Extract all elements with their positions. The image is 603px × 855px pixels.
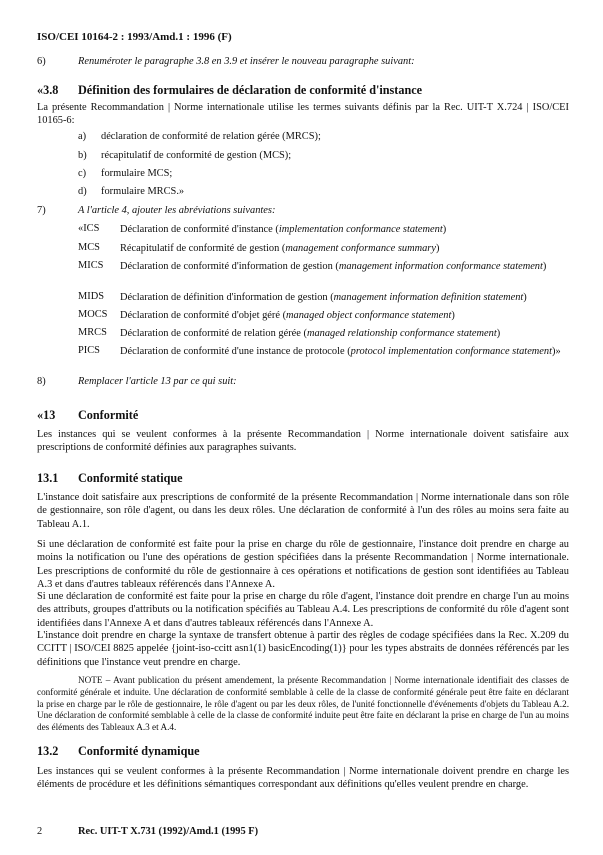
list-marker: a) — [78, 131, 86, 142]
abbreviation-key: «ICS — [78, 223, 99, 234]
running-footer: Rec. UIT-T X.731 (1992)/Amd.1 (1995 F) — [78, 826, 258, 837]
section-number: 13.2 — [37, 744, 58, 759]
paragraph: Si une déclaration de conformité est fai… — [37, 590, 569, 630]
list-item: formulaire MRCS.» — [101, 186, 184, 197]
abbreviation-definition: Récapitulatif de conformité de gestion (… — [120, 242, 569, 255]
instruction-text: A l'article 4, ajouter les abréviations … — [78, 205, 275, 216]
abbreviation-definition: Déclaration de conformité d'une instance… — [120, 345, 569, 358]
instruction-number: 8) — [37, 376, 46, 387]
section-title: Définition des formulaires de déclaratio… — [78, 83, 422, 98]
abbreviation-definition: Déclaration de conformité d'information … — [120, 260, 569, 273]
paragraph: L'instance doit prendre en charge la syn… — [37, 629, 569, 669]
abbreviation-key: MOCS — [78, 309, 107, 320]
list-marker: c) — [78, 168, 86, 179]
instruction-number: 6) — [37, 56, 46, 67]
page-number: 2 — [37, 826, 42, 837]
paragraph: L'instance doit satisfaire aux prescript… — [37, 491, 569, 531]
list-marker: b) — [78, 150, 87, 161]
list-item: récapitulatif de conformité de gestion (… — [101, 150, 291, 161]
section-title: Conformité dynamique — [78, 744, 200, 759]
instruction-text: Remplacer l'article 13 par ce qui suit: — [78, 376, 237, 387]
paragraph: Les instances qui se veulent conformes à… — [37, 765, 569, 792]
section-number: 13.1 — [37, 471, 58, 486]
list-item: formulaire MCS; — [101, 168, 172, 179]
section-intro-paragraph: La présente Recommandation | Norme inter… — [37, 101, 569, 128]
paragraph: Les instances qui se veulent conformes à… — [37, 428, 569, 455]
abbreviation-definition: Déclaration de conformité d'instance (im… — [120, 223, 569, 236]
list-item: déclaration de conformité de relation gé… — [101, 131, 321, 142]
abbreviation-key: MICS — [78, 260, 103, 271]
section-title: Conformité — [78, 408, 138, 423]
abbreviation-key: MCS — [78, 242, 100, 253]
section-number: «3.8 — [37, 83, 58, 98]
instruction-number: 7) — [37, 205, 46, 216]
abbreviation-definition: Déclaration de définition d'information … — [120, 291, 569, 304]
abbreviation-key: PICS — [78, 345, 100, 356]
abbreviation-definition: Déclaration de conformité de relation gé… — [120, 327, 569, 340]
running-header: ISO/CEI 10164-2 : 1993/Amd.1 : 1996 (F) — [37, 31, 232, 43]
section-number: «13 — [37, 408, 55, 423]
abbreviation-key: MIDS — [78, 291, 104, 302]
abbreviation-key: MRCS — [78, 327, 107, 338]
abbreviation-definition: Déclaration de conformité d'objet géré (… — [120, 309, 569, 322]
list-marker: d) — [78, 186, 87, 197]
note-paragraph: NOTE – Avant publication du présent amen… — [37, 675, 569, 734]
section-title: Conformité statique — [78, 471, 183, 486]
instruction-text: Renuméroter le paragraphe 3.8 en 3.9 et … — [78, 56, 415, 67]
paragraph: Si une déclaration de conformité est fai… — [37, 538, 569, 592]
